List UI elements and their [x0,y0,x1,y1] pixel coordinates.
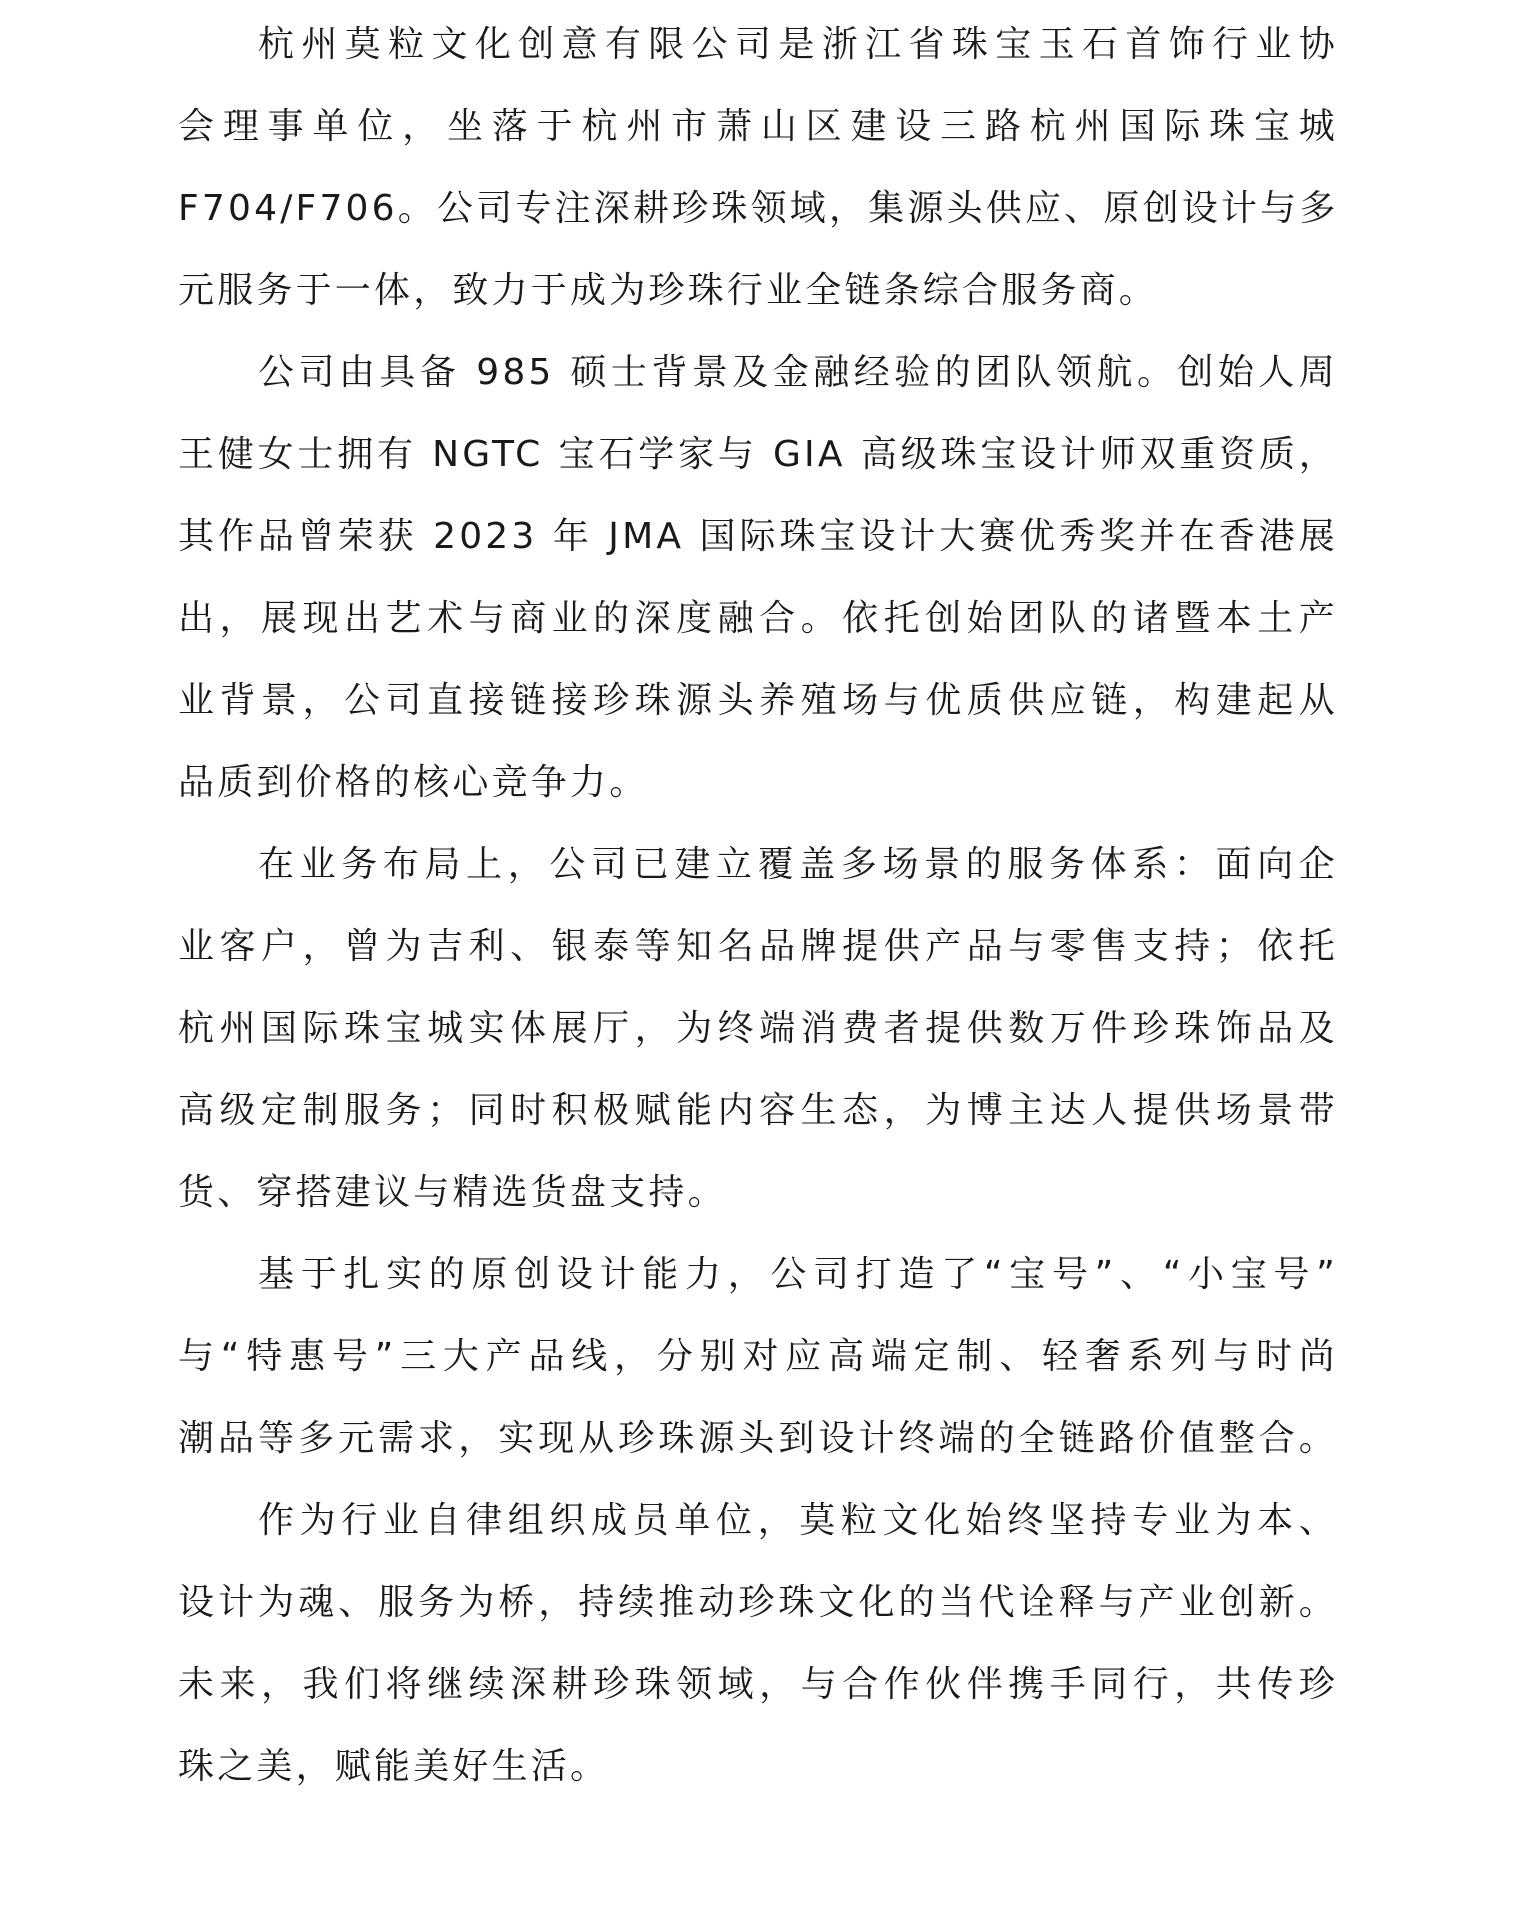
text-line: 其作品曾荣获 2023 年 JMA 国际珠宝设计大赛优秀奖并在香港展 [178,502,1338,584]
text-line: 王健女士拥有 NGTC 宝石学家与 GIA 高级珠宝设计师双重资质， [178,420,1338,502]
text-line: 杭州国际珠宝城实体展厅，为终端消费者提供数万件珍珠饰品及 [178,994,1338,1076]
text-line: 潮品等多元需求，实现从珍珠源头到设计终端的全链路价值整合。 [178,1404,1338,1486]
text-line: 业客户，曾为吉利、银泰等知名品牌提供产品与零售支持；依托 [178,912,1338,994]
text-line: 杭州莫粒文化创意有限公司是浙江省珠宝玉石首饰行业协 [178,10,1338,92]
paragraph-business: 在业务布局上，公司已建立覆盖多场景的服务体系：面向企 业客户，曾为吉利、银泰等知… [178,830,1338,1240]
text-line: 公司由具备 985 硕士背景及金融经验的团队领航。创始人周 [178,338,1338,420]
paragraph-vision: 作为行业自律组织成员单位，莫粒文化始终坚持专业为本、 设计为魂、服务为桥，持续推… [178,1486,1338,1814]
text-line: 出，展现出艺术与商业的深度融合。依托创始团队的诸暨本土产 [178,584,1338,666]
text-line: 未来，我们将继续深耕珍珠领域，与合作伙伴携手同行，共传珍 [178,1650,1338,1732]
text-line: F704/F706。公司专注深耕珍珠领域，集源头供应、原创设计与多 [178,174,1338,256]
text-line: 在业务布局上，公司已建立覆盖多场景的服务体系：面向企 [178,830,1338,912]
paragraph-product-lines: 基于扎实的原创设计能力，公司打造了“宝号”、“小宝号” 与“特惠号”三大产品线，… [178,1240,1338,1486]
text-line: 元服务于一体，致力于成为珍珠行业全链条综合服务商。 [178,256,1338,338]
text-line: 业背景，公司直接链接珍珠源头养殖场与优质供应链，构建起从 [178,666,1338,748]
paragraph-team: 公司由具备 985 硕士背景及金融经验的团队领航。创始人周 王健女士拥有 NGT… [178,338,1338,830]
paragraph-company-intro: 杭州莫粒文化创意有限公司是浙江省珠宝玉石首饰行业协 会理事单位，坐落于杭州市萧山… [178,10,1338,338]
text-line: 珠之美，赋能美好生活。 [178,1732,1338,1814]
text-line: 会理事单位，坐落于杭州市萧山区建设三路杭州国际珠宝城 [178,92,1338,174]
text-line: 货、穿搭建议与精选货盘支持。 [178,1158,1338,1240]
text-line: 作为行业自律组织成员单位，莫粒文化始终坚持专业为本、 [178,1486,1338,1568]
text-line: 与“特惠号”三大产品线，分别对应高端定制、轻奢系列与时尚 [178,1322,1338,1404]
text-line: 设计为魂、服务为桥，持续推动珍珠文化的当代诠释与产业创新。 [178,1568,1338,1650]
text-line: 高级定制服务；同时积极赋能内容生态，为博主达人提供场景带 [178,1076,1338,1158]
document-page: 杭州莫粒文化创意有限公司是浙江省珠宝玉石首饰行业协 会理事单位，坐落于杭州市萧山… [178,10,1338,1814]
text-line: 基于扎实的原创设计能力，公司打造了“宝号”、“小宝号” [178,1240,1338,1322]
text-line: 品质到价格的核心竞争力。 [178,748,1338,830]
